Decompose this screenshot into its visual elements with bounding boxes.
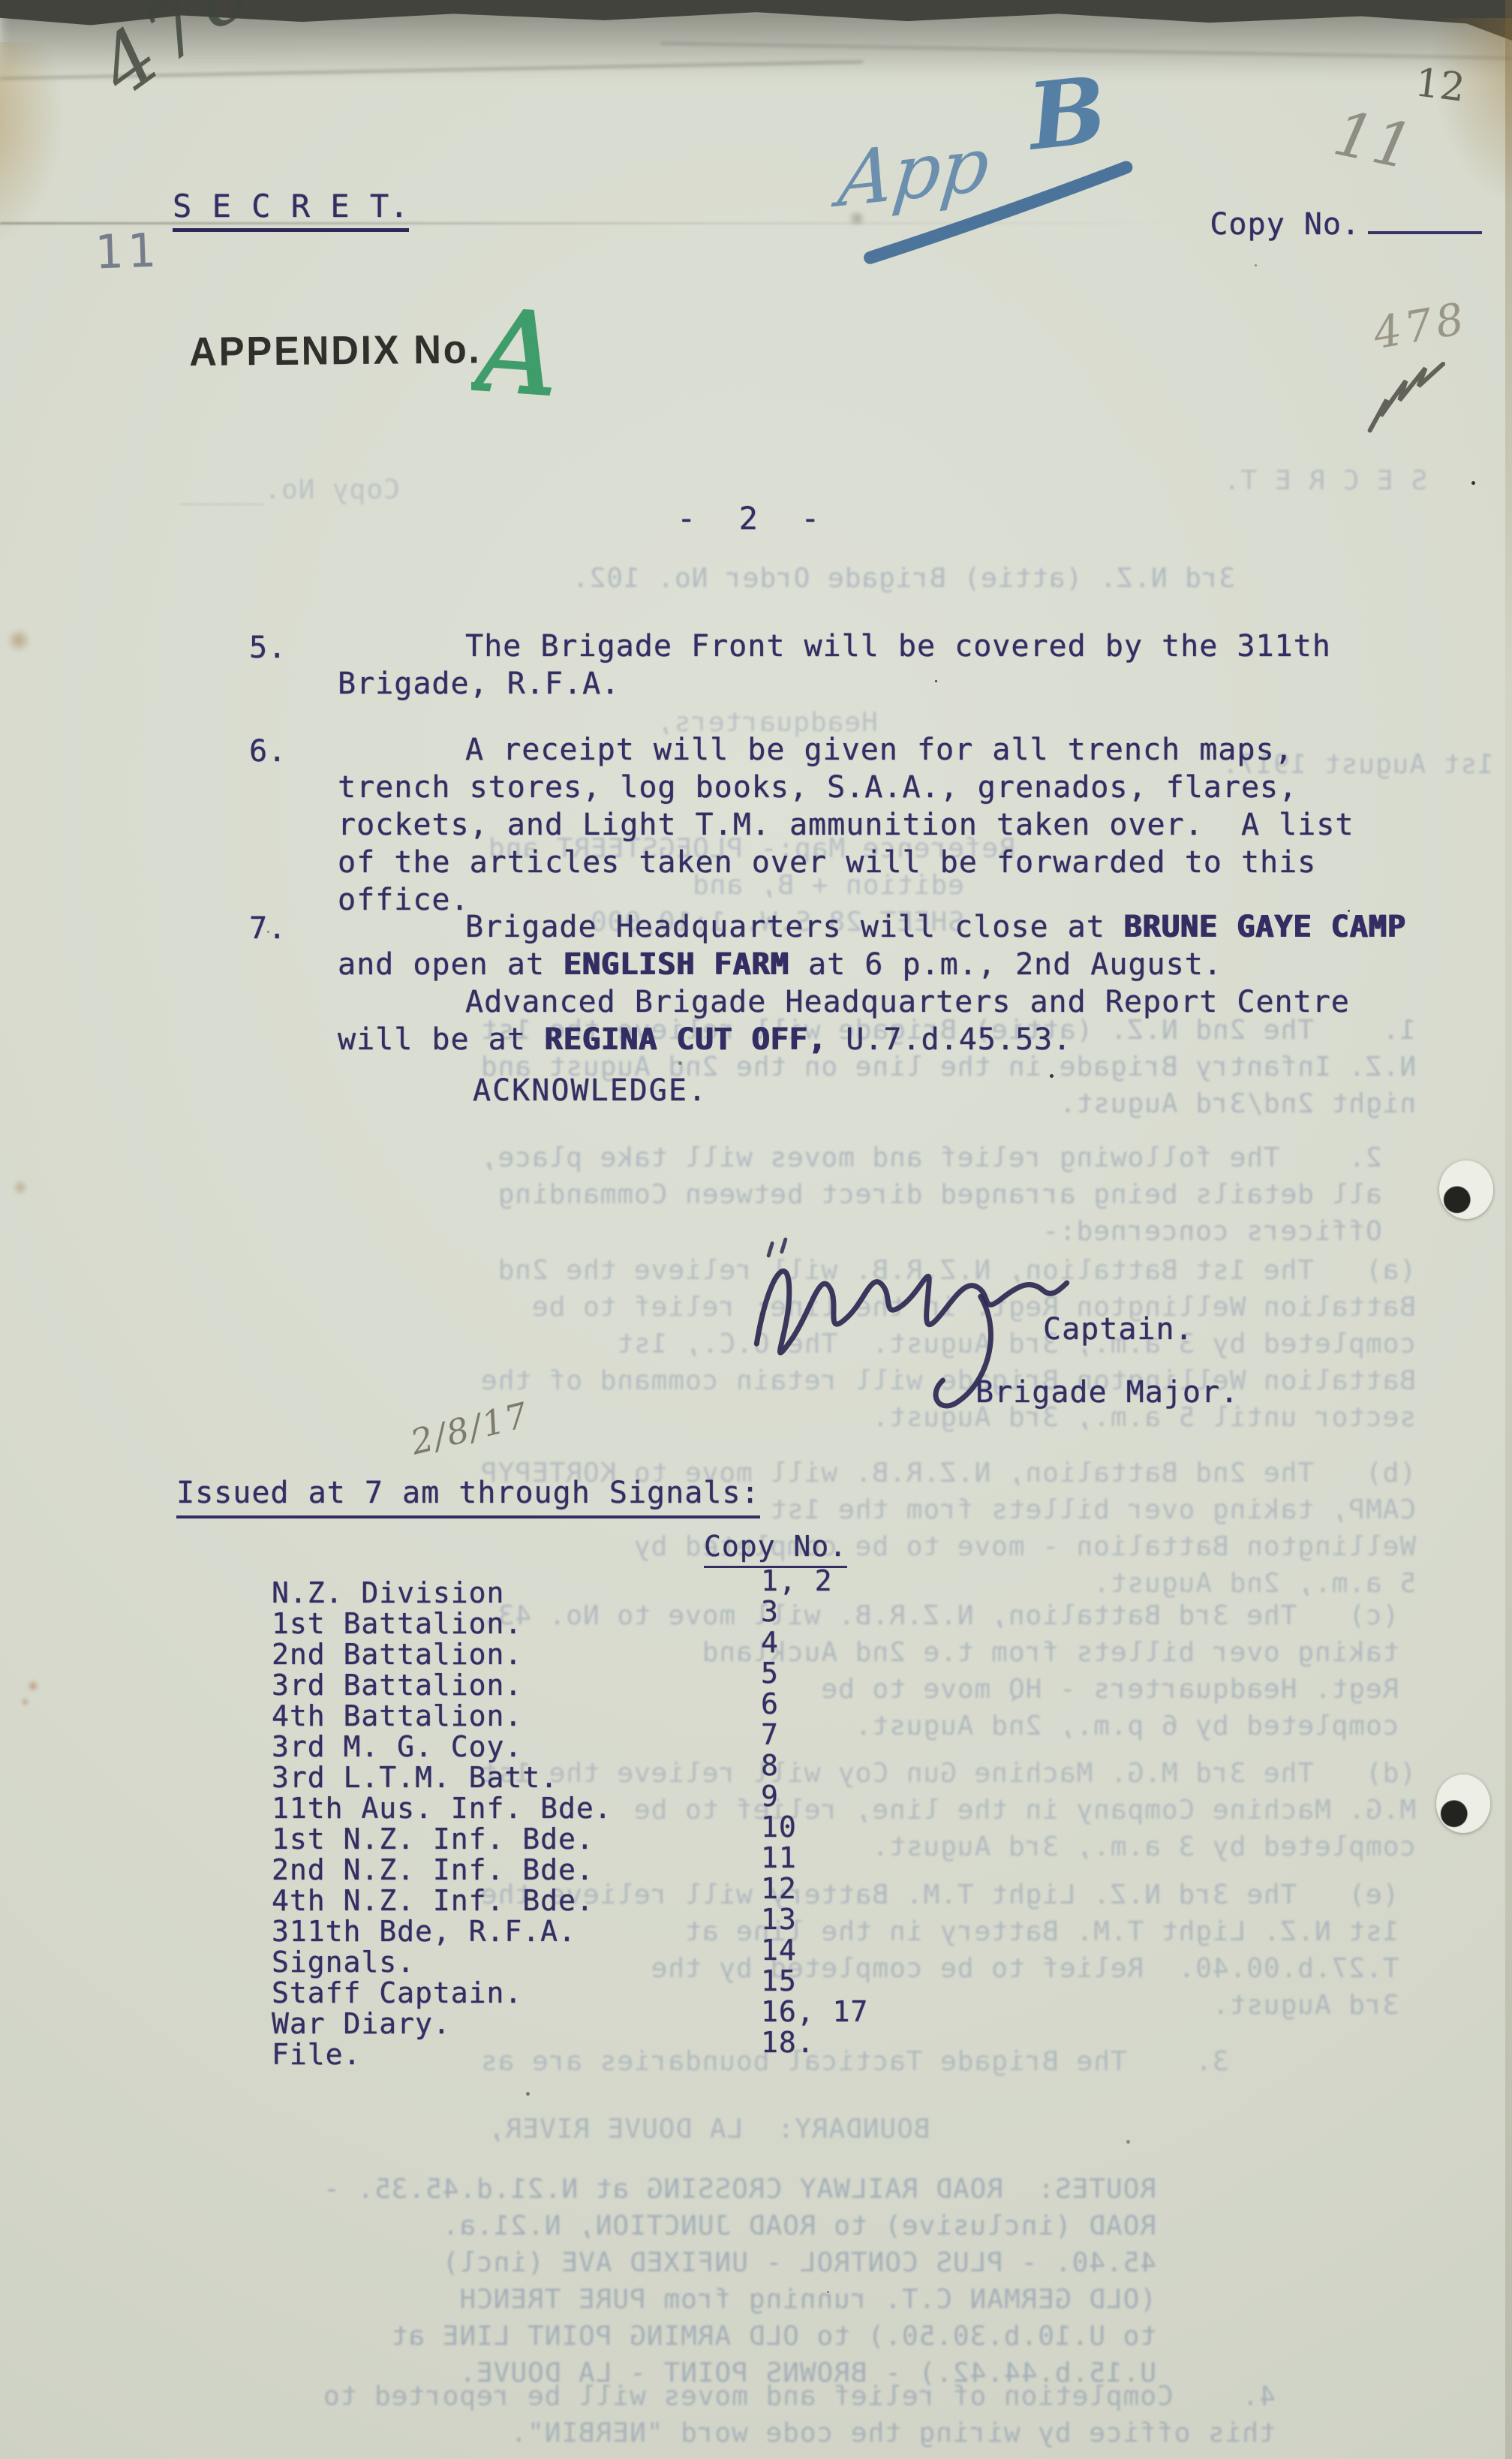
distribution-copy-number: 6 <box>761 1687 779 1720</box>
bleed-through-text: 4. Completion of relief and moves will b… <box>323 2378 1276 2451</box>
distribution-copy-number: 4 <box>761 1626 779 1659</box>
paragraph-line: Brigade, R.F.A. <box>338 667 620 701</box>
appendix-reference-note: App B <box>822 56 1186 279</box>
distribution-unit: 4th N.Z. Inf. Bde. <box>272 1884 594 1917</box>
margin-number-stamp: 11 <box>94 223 161 280</box>
distribution-copy-number: 10 <box>761 1810 797 1843</box>
copy-no-blank-line <box>1368 201 1482 234</box>
signature-rank: Captain. <box>1043 1312 1194 1347</box>
paragraph-line: rockets, and Light T.M. ammunition taken… <box>338 808 1354 842</box>
classification-heading: S E C R E T. <box>173 188 409 232</box>
distribution-unit: 1st N.Z. Inf. Bde. <box>272 1822 594 1856</box>
bleed-through-text: (e) The 3rd N.Z. Light T.M. Battery will… <box>480 1877 1399 2024</box>
bleed-through-text: 3. The Brigade Tactical boundaries are a… <box>480 2043 1229 2080</box>
bleed-through-text: BOUNDARY: LA DOUVE RIVER, <box>488 2111 930 2147</box>
bleed-through-text: (d) The 3rd M.G. Machine Gun Coy will re… <box>480 1755 1416 1865</box>
appendix-letter: A <box>471 279 599 422</box>
distribution-unit: 2nd N.Z. Inf. Bde. <box>272 1853 594 1886</box>
paragraph-line: trench stores, log books, S.A.A., grenad… <box>338 770 1297 805</box>
distribution-copy-number: 12 <box>761 1872 797 1905</box>
copy-no-label: Copy No. <box>1210 207 1360 242</box>
distribution-unit: File. <box>272 2038 361 2071</box>
distribution-copy-number: 15 <box>761 1964 797 1997</box>
distribution-copy-number: 9 <box>761 1780 779 1813</box>
paper-edge <box>1505 0 1512 2459</box>
document-page: S E C R E T.Copy No._____3rd N.Z. (attie… <box>0 0 1512 2459</box>
bleed-through-text: (c) The 3rd Battalion, N.Z.R.B. will mov… <box>480 1597 1399 1744</box>
distribution-copy-number: 11 <box>761 1841 797 1874</box>
paragraph-line: Brigade Headquarters will close at BRUNE… <box>465 910 1406 944</box>
bleed-through-text: 3rd N.Z. (attie) Brigade Order No. 102. <box>572 560 1235 597</box>
bleed-through-text: S E C R E T. <box>1223 462 1427 499</box>
copy-no-column-header: Copy No. <box>704 1530 847 1568</box>
paper-stain <box>27 1680 39 1692</box>
distribution-unit: War Diary. <box>272 2007 451 2040</box>
paragraph-line: will be at REGINA CUT OFF, U.7.d.45.53. <box>338 1022 1072 1057</box>
distribution-unit: 3rd M. G. Coy. <box>272 1730 522 1763</box>
paragraph-line: of the articles taken over will be forwa… <box>338 845 1316 880</box>
paper-stain <box>21 1698 29 1706</box>
paragraph-number: 5. <box>249 631 287 665</box>
distribution-unit: Signals. <box>272 1946 415 1979</box>
distribution-copy-number: 8 <box>761 1749 779 1782</box>
distribution-unit: N.Z. Division <box>272 1576 504 1609</box>
distribution-copy-number: 14 <box>761 1934 797 1967</box>
distribution-copy-number: 1, 2 <box>761 1564 833 1597</box>
pencil-page-number: 12 <box>1413 60 1468 111</box>
aged-corner <box>0 42 65 252</box>
appendix-stamp: APPENDIX No. <box>189 326 482 375</box>
paragraph-line: Advanced Brigade Headquarters and Report… <box>465 985 1350 1019</box>
distribution-copy-number: 13 <box>761 1903 797 1936</box>
pencil-underline-stroke <box>822 56 1186 279</box>
distribution-unit: 3rd Battalion. <box>272 1669 522 1702</box>
distribution-unit: 2nd Battalion. <box>272 1638 522 1671</box>
paragraph-line: office. <box>338 883 470 917</box>
page-number: - 2 - <box>677 500 831 537</box>
distribution-copy-number: 18. <box>761 2026 815 2059</box>
paper-stain <box>12 1180 29 1195</box>
distribution-unit: Staff Captain. <box>272 1976 522 2009</box>
paper-stain <box>6 629 32 652</box>
distribution-unit: 311th Bde, R.F.A. <box>272 1915 576 1948</box>
distribution-unit: 11th Aus. Inf. Bde. <box>272 1792 612 1825</box>
svg-text:A: A <box>471 285 563 422</box>
distribution-copy-number: 5 <box>761 1657 779 1690</box>
bleed-through-text: ROUTES: ROAD RAILWAY CROSSING at N.21.d.… <box>323 2171 1156 2391</box>
punch-hole <box>1439 1160 1493 1219</box>
paragraph-number: 7. <box>249 911 287 946</box>
distribution-copy-number: 7 <box>761 1718 779 1751</box>
paragraph-line: A receipt will be given for all trench m… <box>465 733 1294 767</box>
distribution-unit: 3rd L.T.M. Batt. <box>272 1761 558 1794</box>
distribution-unit: 1st Battalion. <box>272 1607 522 1640</box>
signature-title: Brigade Major. <box>975 1375 1239 1410</box>
paragraph-line: and open at ENGLISH FARM at 6 p.m., 2nd … <box>338 947 1222 982</box>
acknowledge-line: ACKNOWLEDGE. <box>473 1073 708 1108</box>
copy-no-field: Copy No. <box>1135 167 1482 276</box>
issued-line: Issued at 7 am through Signals: <box>176 1476 760 1518</box>
distribution-copy-number: 16, 17 <box>761 1995 868 2028</box>
paragraph-number: 6. <box>249 734 287 769</box>
ink-speck-layer <box>0 0 2 2</box>
distribution-unit: 4th Battalion. <box>272 1699 522 1732</box>
paragraph-line: The Brigade Front will be covered by the… <box>465 629 1331 664</box>
distribution-copy-number: 3 <box>761 1595 779 1628</box>
punch-hole <box>1436 1774 1490 1833</box>
bleed-through-text: Copy No._____ <box>179 471 400 508</box>
